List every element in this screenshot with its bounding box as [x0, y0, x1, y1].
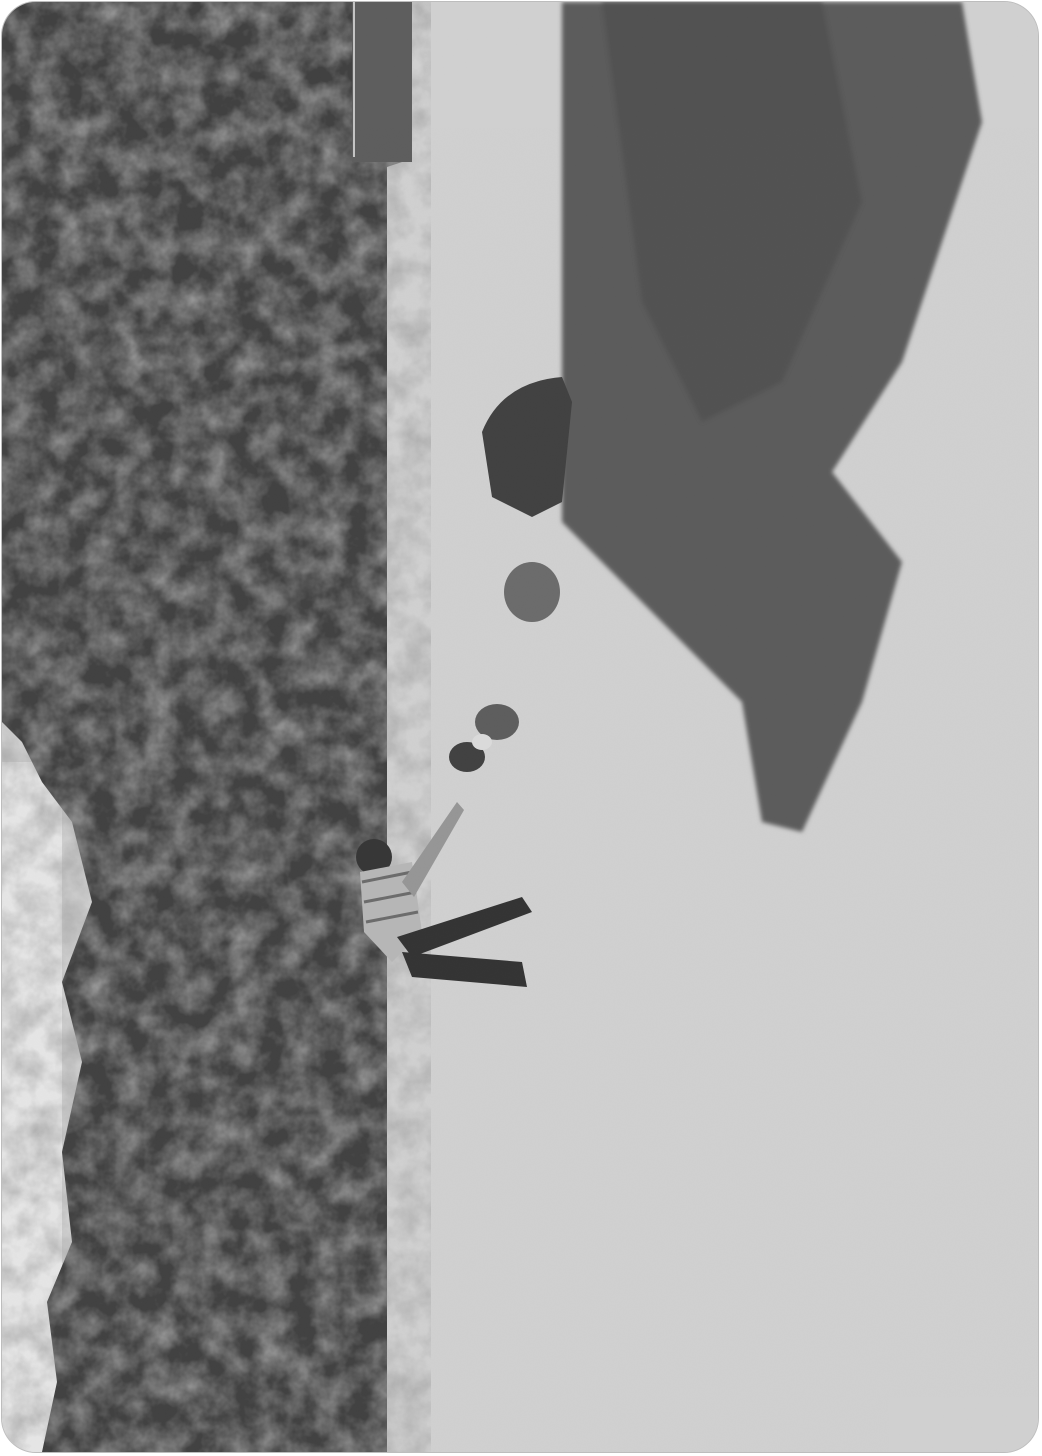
photograph — [2, 2, 1038, 1452]
field-scene — [2, 2, 1038, 1452]
